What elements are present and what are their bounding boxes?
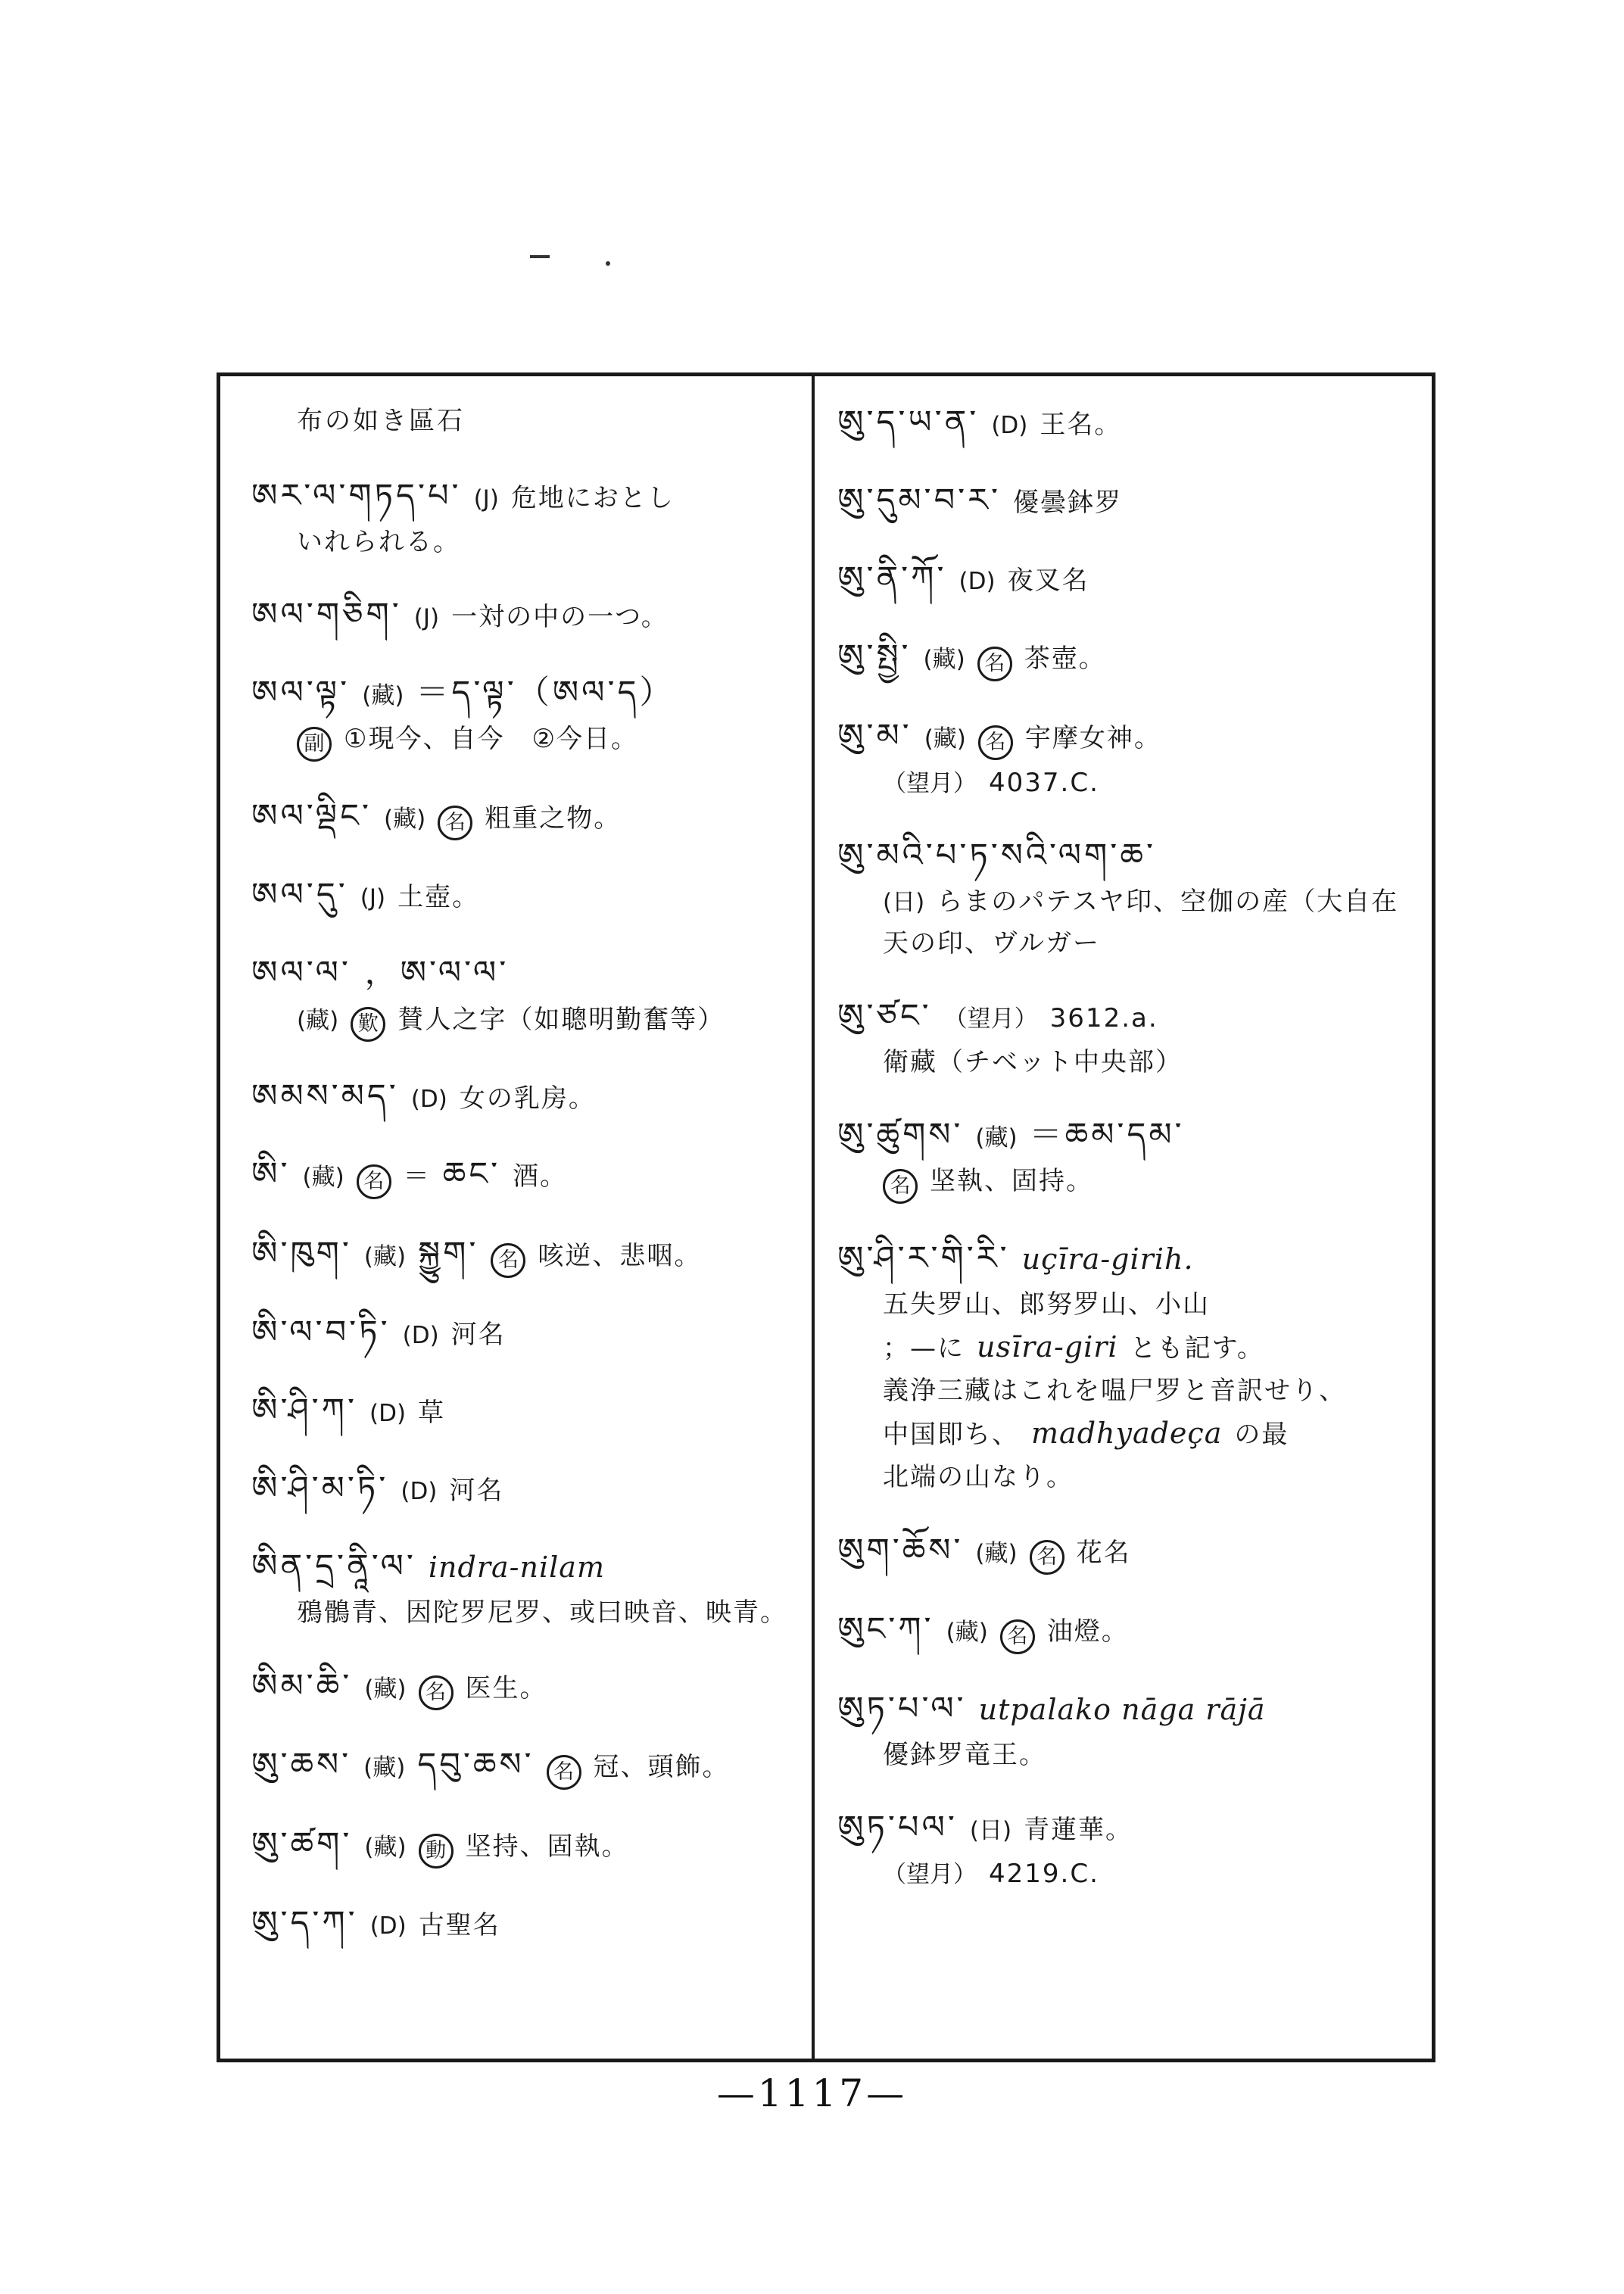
tibetan-headword: ཨར་ལ་གཏད་པ་ [251,477,462,515]
japanese-gloss: 賛人之字（如聰明勤奮等） [397,1005,725,1035]
japanese-gloss: 危地におとし [511,483,675,513]
entry-row: 中国即ち、madhyadeçaの最 [837,1413,1420,1454]
entry-row: ཨིན་དྲ་ནཱི་ལ་indra-nilam [251,1544,800,1590]
japanese-gloss: いれられる。 [297,527,460,557]
japanese-gloss: 五失罗山、郎努罗山、小山 [883,1289,1210,1320]
japanese-gloss: 茶壺。 [1024,644,1106,674]
entry-row: ཨལ་དུ་(J)土壺。 [251,872,800,918]
dictionary-entry: ཨུ་ཤི་ར་གི་རི་uçīra-girih.五失罗山、郎努罗山、小山；—… [837,1236,1420,1496]
entry-row: ཨལ་ལྟ་(藏)＝ད་ལྟ་（ཨལ་ད） [251,670,800,716]
dictionary-entry: ཨལ་ལ་ ，ཨ་ལ་ལ་(藏)歎賛人之字（如聰明勤奮等） [251,950,800,1042]
japanese-gloss: 夜叉名 [1008,566,1089,596]
entry-row: ཨུ་ད་ཡ་ན་(D)王名。 [837,400,1420,446]
pos-badge: 名 [978,725,1013,760]
entry-row: 北端の山なり。 [837,1459,1420,1495]
entry-row: ཨལ་གཅིག་(J)一対の中の一つ。 [251,592,800,638]
dictionary-entry: ཨུ་ཚུགས་(藏)＝ཆམ་དམ་名坚執、固持。 [837,1112,1420,1204]
tibetan-headword: ཨུ་མའི་པ་ཏ་སའི་ལག་ཆ་ [837,837,1156,874]
japanese-gloss: ；—に [883,1333,965,1364]
japanese-gloss: 古聖名 [419,1910,500,1940]
tibetan-text: དབུ་ཆས་ [417,1746,534,1784]
source-tag: (D) [369,1400,406,1427]
dictionary-entry: ཨལ་གཅིག་(J)一対の中の一つ。 [251,592,800,638]
page-number: —1117— [0,2071,1624,2115]
pos-badge: 名 [438,806,472,840]
entry-row: ཨུ་ཆས་(藏)དབུ་ཆས་名冠、頭飾。 [251,1742,800,1790]
scan-artifact [606,261,610,266]
japanese-gloss: 優鉢罗竜王。 [883,1740,1046,1770]
japanese-gloss: らまのパテスヤ印、空伽の産（大自在 [937,887,1398,917]
japanese-gloss: とも記す。 [1130,1333,1264,1364]
japanese-gloss: 花名 [1077,1538,1131,1568]
source-tag: (藏) [364,1243,406,1270]
dictionary-entry: ཨུ་ཆས་(藏)དབུ་ཆས་名冠、頭飾。 [251,1742,800,1790]
dictionary-entry: ཨིམ་ཆི་(藏)名医生。 [251,1663,800,1711]
tibetan-headword: ཨུ་ད་ཡ་ན་ [837,404,979,441]
entry-row: ཨམས་མད་(D)女の乳房。 [251,1074,800,1120]
entry-row: ；—にusīra-giriとも記す。 [837,1327,1420,1368]
source-tag: （望月） [883,770,977,797]
dictionary-entry: ཨར་ལ་གཏད་པ་(J)危地におとしいれられる。 [251,473,800,560]
source-tag: (藏) [384,806,425,833]
column-divider [812,372,815,2059]
tibetan-headword: ཨུ་ཚུགས་ [837,1116,963,1154]
entry-row: ཨུ་མ་(藏)名宇摩女神。 [837,713,1420,761]
pos-badge: 名 [1000,1619,1035,1654]
pos-badge: 名 [547,1755,581,1790]
dictionary-entry: ཨི་ཁུག་(藏)སྐྱུག་名咳逆、悲咽。 [251,1231,800,1279]
japanese-gloss: 坚執、固持。 [930,1166,1093,1196]
tibetan-headword: ཨི་ལ་བ་ཏི་ [251,1314,391,1351]
latin-romanization: uçīra-girih. [1022,1242,1194,1276]
japanese-gloss: 4219.C. [989,1859,1099,1889]
source-tag: (日) [970,1817,1011,1844]
japanese-gloss: 義浄三藏はこれを嗢尸罗と音訳せり、 [883,1376,1346,1406]
source-tag: （望月） [944,1005,1038,1033]
left-column: 布の如き區石 ཨར་ལ་གཏད་པ་(J)危地におとしいれられる。ཨལ་གཅིག… [251,400,800,1978]
pos-badge: 名 [491,1243,525,1278]
japanese-gloss: 酒。 [513,1161,567,1192]
source-tag: (藏) [924,646,965,673]
left-entry-list: ཨར་ལ་གཏད་པ་(J)危地におとしいれられる。ཨལ་གཅིག་(J)一対の… [251,473,800,1946]
japanese-gloss: 土壺。 [397,882,479,912]
tibetan-headword: ཨལ་གཅིག་ [251,596,402,634]
source-tag: (D) [401,1478,437,1505]
source-tag: (藏) [297,1007,338,1034]
entry-row: ཨི་ཁུག་(藏)སྐྱུག་名咳逆、悲咽。 [251,1231,800,1279]
dictionary-entry: ཨུ་ད་ཡ་ན་(D)王名。 [837,400,1420,446]
tibetan-headword: ཨལ་དུ་ [251,876,348,914]
japanese-gloss: 王名。 [1040,410,1121,440]
source-tag: (D) [411,1086,447,1113]
entry-row: 義浄三藏はこれを嗢尸罗と音訳せり、 [837,1373,1420,1409]
dictionary-entry: ཨུ་དུམ་བ་ར་優曇鉢罗 [837,478,1420,524]
entry-row: ཨུ་ནི་ཀོ་(D)夜叉名 [837,556,1420,602]
scan-artifact [530,255,550,258]
tibetan-headword: ཨི་ཤི་ཀ་ [251,1392,357,1429]
japanese-gloss: 北端の山なり。 [883,1462,1074,1492]
source-tag: (藏) [364,1834,406,1861]
pos-badge: 歎 [351,1007,385,1042]
japanese-gloss: 宇摩女神。 [1025,723,1161,753]
tibetan-headword: ཨུ་མ་ [837,717,912,755]
japanese-gloss: 坚持、固執。 [466,1831,629,1862]
pos-badge: 名 [1030,1540,1064,1575]
entry-row: ཨི་ལ་བ་ཏི་(D)河名 [251,1310,800,1356]
tibetan-text: སྐྱུག་ [418,1235,478,1273]
scanned-dictionary-page: 布の如き區石 ཨར་ལ་གཏད་པ་(J)危地におとしいれられる。ཨལ་གཅིག… [0,0,1624,2294]
dictionary-entry: ཨལ་ལྟ་(藏)＝ད་ལྟ་（ཨལ་ད）副①現今、自今 ②今日。 [251,670,800,762]
tibetan-headword: ཨུང་ཀ་ [837,1610,934,1648]
dictionary-entry: ཨིན་དྲ་ནཱི་ལ་indra-nilam鴉鶻青、因陀罗尼罗、或曰映音、映… [251,1544,800,1631]
dictionary-entry: ཨུ་མའི་པ་ཏ་སའི་ལག་ཆ་(日)らまのパテスヤ印、空伽の産（大自在… [837,833,1420,962]
entry-row: ཨིམ་ཆི་(藏)名医生。 [251,1663,800,1711]
dictionary-entry: ཨམས་མད་(D)女の乳房。 [251,1074,800,1120]
tibetan-headword: ཨུ་ད་ཀ་ [251,1904,358,1942]
japanese-gloss: の最 [1234,1420,1289,1450]
source-tag: (D) [959,568,996,595]
source-tag: (J) [360,884,385,912]
entry-row: ཨུ་སྤྱི་(藏)名茶壺。 [837,634,1420,681]
tibetan-text: ＝ཆམ་དམ་ [1030,1116,1185,1154]
dictionary-entry: ཨུ་ད་ཀ་(D)古聖名 [251,1900,800,1946]
entry-row: 衛藏（チベット中央部） [837,1044,1420,1080]
japanese-gloss: 冠、頭飾。 [594,1752,730,1782]
tibetan-headword: ཨུ་ཙང་ [837,997,932,1035]
dictionary-entry: ཨུག་ཆོས་(藏)名花名 [837,1528,1420,1576]
tibetan-headword: ཨམས་མད་ [251,1077,399,1115]
tibetan-headword: ཨལ་ལྡིང་ [251,797,372,835]
dictionary-entry: ཨུ་སྤྱི་(藏)名茶壺。 [837,634,1420,681]
pos-badge: 名 [883,1169,918,1204]
entry-row: (日)らまのパテスヤ印、空伽の産（大自在 [837,884,1420,920]
source-tag: (藏) [364,1675,406,1703]
tibetan-headword: ཨི་ [251,1155,290,1193]
pos-badge: 動 [419,1834,454,1869]
pos-badge: 名 [419,1675,454,1710]
latin-romanization: madhyadeça [1031,1417,1222,1450]
source-tag: (日) [883,889,924,916]
tibetan-headword: ཨལ་ལྟ་ [251,674,350,712]
entry-row: (藏)歎賛人之字（如聰明勤奮等） [251,1002,800,1043]
entry-row: （望月）4219.C. [837,1856,1420,1892]
tibetan-headword: ཨལ་ལ་ ，ཨ་ལ་ལ་ [251,954,509,992]
dictionary-entry: ཨལ་ལྡིང་(藏)名粗重之物。 [251,793,800,841]
source-tag: (藏) [975,1540,1017,1567]
pos-badge: 名 [977,647,1012,681]
source-tag: (J) [414,604,439,631]
entry-row: ཨུག་ཆོས་(藏)名花名 [837,1528,1420,1576]
entry-row: ཨུ་དུམ་བ་ར་優曇鉢罗 [837,478,1420,524]
source-tag: (D) [991,412,1027,439]
entry-row: ཨལ་ལ་ ，ཨ་ལ་ལ་ [251,950,800,996]
entry-row: いれられる。 [251,524,800,560]
source-tag: (藏) [946,1619,988,1646]
japanese-gloss: 一対の中の一つ。 [451,602,669,632]
entry-row: ཨུང་ཀ་(藏)名油燈。 [837,1607,1420,1654]
right-column: ཨུ་ད་ཡ་ན་(D)王名。ཨུ་དུམ་བ་ར་優曇鉢罗ཨུ་ནི་ཀོ་(… [837,400,1420,1924]
japanese-gloss: 医生。 [466,1673,547,1703]
latin-romanization: utpalako nāga rājā [979,1693,1266,1726]
dictionary-entry: ཨི་ཤི་མ་ཏི་(D)河名 [251,1466,800,1512]
japanese-gloss: 鴉鶻青、因陀罗尼罗、或曰映音、映青。 [297,1597,787,1628]
entry-row: 名坚執、固持。 [837,1163,1420,1204]
japanese-gloss: 天の印、ヴルガー [883,928,1100,958]
latin-romanization: usīra-giri [977,1330,1118,1364]
tibetan-text: ＝ད་ལྟ་（ཨལ་ད） [416,674,675,712]
entry-row: 副①現今、自今 ②今日。 [251,721,800,762]
dictionary-entry: ཨུཏ་པལ་(日)青蓮華。（望月）4219.C. [837,1805,1420,1892]
dictionary-entry: ཨུ་ཚག་(藏)動坚持、固執。 [251,1822,800,1869]
japanese-gloss: ①現今、自今 ②今日。 [344,724,638,754]
entry-row: ཨུ་ཙང་（望月）3612.a. [837,993,1420,1039]
entry-row: （望月）4037.C. [837,765,1420,801]
tibetan-headword: ཨུཏ་པལ་ [837,1809,958,1847]
japanese-gloss: 優曇鉢罗 [1013,488,1122,518]
source-tag: (藏) [302,1164,344,1191]
latin-romanization: indra-nilam [429,1551,605,1584]
source-tag: (藏) [924,725,966,753]
dictionary-entry: ཨུ་ཙང་（望月）3612.a.衛藏（チベット中央部） [837,993,1420,1080]
japanese-gloss: 衛藏（チベット中央部） [883,1047,1183,1077]
japanese-gloss: 中国即ち、 [883,1420,1019,1450]
japanese-gloss: 粗重之物。 [485,803,621,834]
japanese-gloss: 4037.C. [989,768,1099,798]
tibetan-headword: ཨུ་ཚག་ [251,1825,352,1863]
source-tag: (D) [403,1322,439,1349]
tibetan-headword: ཨུ་ཤི་ར་གི་རི་ [837,1239,1010,1277]
tibetan-headword: ཨུ་སྤྱི་ [837,637,912,675]
entry-row: 天の印、ヴルガー [837,925,1420,962]
pos-badge: 名 [357,1164,391,1199]
japanese-gloss: 河名 [451,1320,506,1350]
tibetan-headword: ཨི་ཤི་མ་ཏི་ [251,1470,388,1507]
dictionary-entry: ཨུང་ཀ་(藏)名油燈。 [837,1607,1420,1654]
japanese-gloss: 咳逆、悲咽。 [538,1241,701,1271]
entry-row: ཨི་ཤི་མ་ཏི་(D)河名 [251,1466,800,1512]
right-entry-list: ཨུ་ད་ཡ་ན་(D)王名。ཨུ་དུམ་བ་ར་優曇鉢罗ཨུ་ནི་ཀོ་(… [837,400,1420,1892]
entry-row: ཨུ་ཚུགས་(藏)＝ཆམ་དམ་ [837,1112,1420,1158]
tibetan-text: ཆང་ [443,1155,500,1193]
entry-row: ཨལ་ལྡིང་(藏)名粗重之物。 [251,793,800,841]
entry-row: 五失罗山、郎努罗山、小山 [837,1286,1420,1323]
dictionary-entry: ཨུཏ་པ་ལ་utpalako nāga rājā優鉢罗竜王。 [837,1686,1420,1773]
tibetan-headword: ཨུ་ནི་ཀོ་ [837,559,947,597]
japanese-gloss: 油燈。 [1047,1616,1129,1647]
source-tag: (J) [474,485,499,513]
entry-row: 優鉢罗竜王。 [837,1737,1420,1773]
dictionary-entry: ཨི་ལ་བ་ཏི་(D)河名 [251,1310,800,1356]
header-continuation: 布の如き區石 [251,400,800,437]
source-tag: (藏) [363,1754,405,1781]
tibetan-headword: ཨུ་དུམ་བ་ར་ [837,482,1001,519]
japanese-gloss: 青蓮華。 [1024,1815,1133,1845]
tibetan-headword: ཨི་ཁུག་ [251,1235,352,1273]
japanese-gloss: 草 [418,1398,445,1428]
dictionary-entry: ཨི་ཤི་ཀ་(D)草 [251,1388,800,1434]
entry-row: ཨར་ལ་གཏད་པ་(J)危地におとし [251,473,800,519]
source-tag: (藏) [975,1124,1017,1152]
japanese-gloss: 河名 [449,1476,503,1506]
entry-row: ཨི་(藏)名＝ཆང་酒。 [251,1152,800,1199]
dictionary-entry: ཨུ་ནི་ཀོ་(D)夜叉名 [837,556,1420,602]
entry-row: ཨུཏ་པ་ལ་utpalako nāga rājā [837,1686,1420,1732]
tibetan-headword: ཨིམ་ཆི་ [251,1667,352,1705]
japanese-gloss: ＝ [404,1161,431,1192]
source-tag: （望月） [883,1861,977,1888]
tibetan-headword: ཨུཏ་པ་ལ་ [837,1690,967,1728]
tibetan-headword: ཨུག་ཆོས་ [837,1532,963,1569]
dictionary-entry: ཨུ་མ་(藏)名宇摩女神。（望月）4037.C. [837,713,1420,802]
dictionary-entry: ཨལ་དུ་(J)土壺。 [251,872,800,918]
source-tag: (D) [370,1912,407,1940]
dictionary-entry: ཨི་(藏)名＝ཆང་酒。 [251,1152,800,1199]
entry-row: ཨི་ཤི་ཀ་(D)草 [251,1388,800,1434]
entry-row: ཨུ་མའི་པ་ཏ་སའི་ལག་ཆ་ [837,833,1420,879]
entry-row: ཨུ་ཚག་(藏)動坚持、固執。 [251,1822,800,1869]
tibetan-headword: ཨུ་ཆས་ [251,1746,351,1784]
pos-badge: 副 [297,727,332,762]
tibetan-headword: ཨིན་དྲ་ནཱི་ལ་ [251,1548,416,1585]
japanese-gloss: 3612.a. [1050,1003,1158,1033]
source-tag: (藏) [362,682,404,709]
japanese-gloss: 女の乳房。 [460,1083,596,1114]
entry-row: ཨུཏ་པལ་(日)青蓮華。 [837,1805,1420,1851]
entry-row: 鴉鶻青、因陀罗尼罗、或曰映音、映青。 [251,1594,800,1631]
entry-row: ཨུ་ད་ཀ་(D)古聖名 [251,1900,800,1946]
entry-row: ཨུ་ཤི་ར་གི་རི་uçīra-girih. [837,1236,1420,1282]
